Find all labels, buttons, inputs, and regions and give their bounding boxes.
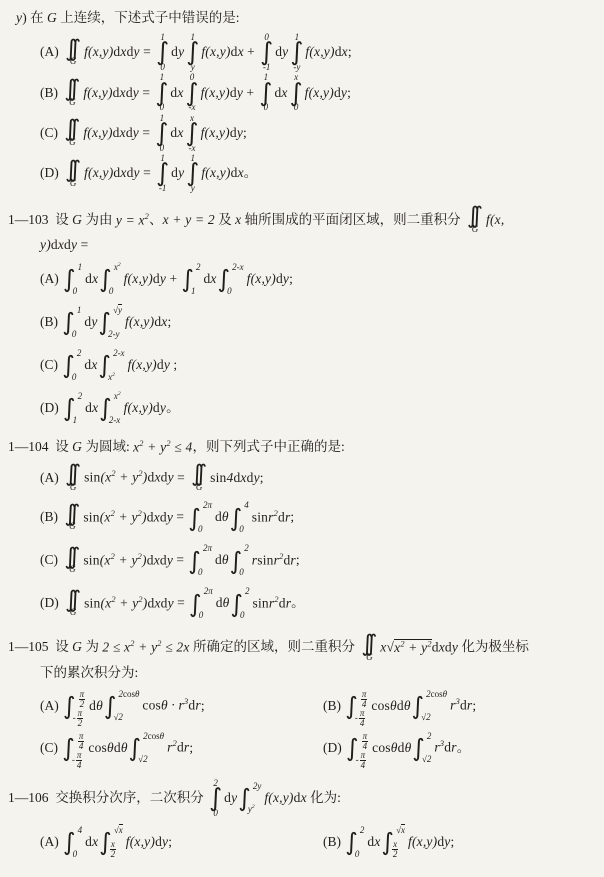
math-expression: G	[47, 10, 57, 27]
integral-sign: ∫20	[231, 586, 252, 621]
math-expression: f(x,y)dy	[126, 834, 168, 851]
q103-header-cont: y)dxdy =	[40, 237, 596, 254]
q104-option-a: (A) ∫∫Gsin(x2 + y2)dxdy = ∫∫Gsin4dxdy;	[40, 464, 596, 492]
integral-sign: 2∫0	[209, 779, 222, 818]
math-expression: f(x,y)dxdy	[84, 165, 140, 182]
text: ) 在	[22, 10, 47, 27]
sqrt-radical: √y	[113, 304, 122, 315]
text: ;	[296, 552, 300, 569]
math-expression: f(x,y)dy	[128, 357, 170, 374]
math-expression: f(x,y)dx	[264, 790, 306, 807]
text: 上连续，下述式子中错误的是:	[57, 10, 240, 27]
text: (B)	[40, 85, 61, 102]
text: (B)	[40, 509, 61, 526]
math-expression: x + y = 2	[163, 212, 215, 229]
q106-option-b: (B) ∫20dx∫√xx2f(x,y)dy;	[323, 825, 454, 860]
integral-sign: ∫π4-π4	[346, 731, 371, 766]
math-expression: f(x,y)dy	[201, 125, 243, 142]
text: =	[173, 509, 187, 526]
math-expression: G	[72, 212, 82, 229]
text: =	[174, 470, 188, 487]
text: (B)	[323, 698, 344, 715]
q103-option-c: (C) ∫20dx∫2-xx2f(x,y)dy ;	[40, 348, 596, 383]
fraction: x2	[392, 840, 398, 859]
text: (A)	[40, 834, 62, 851]
double-integral-sign: ∫∫G	[64, 504, 80, 532]
fraction: π2	[77, 709, 84, 728]
text: =	[173, 552, 187, 569]
scanned-exercise-page: y) 在 G 上连续，下述式子中错误的是:(A) ∫∫Gf(x,y)dxdy =…	[0, 0, 604, 877]
integral-sign: 0∫-x	[186, 73, 199, 112]
math-expression: dx	[274, 85, 287, 102]
fraction: π4	[78, 732, 85, 751]
integral-sign: ∫x20	[99, 262, 122, 297]
q105-option-a: (A) ∫π2-π2dθ∫2cosθ√2cosθ · r3dr;	[40, 689, 323, 724]
text: 为由	[82, 212, 116, 229]
math-expression: dx	[84, 357, 97, 374]
text: (C)	[40, 125, 61, 142]
integral-sign: ∫21	[63, 391, 84, 426]
math-expression: sin(x2 + y2)dxdy	[83, 552, 173, 569]
integral-sign: ∫π2-π2	[63, 689, 88, 724]
double-integral-sign: ∫∫G	[65, 39, 81, 67]
integral-sign: ∫√y2-y	[99, 305, 124, 340]
math-expression: y = x2	[116, 212, 149, 229]
text: ;	[289, 271, 293, 288]
integral-sign: ∫x22-x	[99, 391, 122, 426]
math-expression: f(x,	[486, 212, 504, 229]
integral-sign: 1∫0	[156, 33, 169, 72]
q105-option-d: (D) ∫π4-π4cosθdθ∫2√2r3dr。	[323, 731, 470, 766]
math-expression: f(x,y)dxdy	[83, 125, 139, 142]
integral-sign: ∫2√2	[412, 731, 433, 766]
q105-options-row-2: (C) ∫π4-π4cosθdθ∫2cosθ√2r2dr;(D) ∫π4-π4c…	[40, 731, 596, 766]
text: 1—103 设	[8, 212, 72, 229]
text: 所确定的区域，则二重积分	[190, 639, 359, 656]
math-expression: dy	[84, 314, 97, 331]
math-expression: f(x,y)dy	[408, 834, 450, 851]
text: 、	[149, 212, 163, 229]
text: 。	[457, 740, 471, 757]
sqrt-radical: √x	[114, 824, 123, 835]
text: (A)	[40, 271, 62, 288]
integral-sign: ∫2cosθ√2	[104, 689, 141, 724]
fraction: π4	[76, 751, 83, 770]
text: =	[140, 165, 154, 182]
double-integral-sign: ∫∫G	[467, 206, 483, 234]
integral-sign: ∫√xx2	[99, 825, 124, 860]
double-integral-sign: ∫∫G	[64, 547, 80, 575]
q104-option-b: (B) ∫∫Gsin(x2 + y2)dxdy = ∫2π0dθ∫40sinr2…	[40, 500, 596, 535]
math-expression: G	[72, 439, 82, 456]
fraction: π2	[79, 690, 86, 709]
integral-sign: ∫π4-π4	[62, 731, 87, 766]
text: ，则下列式子中正确的是:	[192, 439, 344, 456]
math-expression: f(x,y)dx	[125, 314, 167, 331]
text: (D)	[40, 595, 62, 612]
math-expression: sin4dxdy	[210, 470, 260, 487]
math-expression: sinr2dr	[253, 595, 292, 612]
text: ;	[168, 834, 172, 851]
math-expression: dx	[85, 271, 98, 288]
math-expression: f(x,y)dxdy	[84, 44, 140, 61]
integral-sign: x∫-x	[186, 114, 199, 153]
double-integral-sign: ∫∫G	[65, 464, 81, 492]
q105-option-b: (B) ∫π4-π4cosθdθ∫2cosθ√2r3dr;	[323, 689, 476, 724]
intro-line: y) 在 G 上连续，下述式子中错误的是:	[16, 10, 596, 27]
text: ;	[167, 314, 171, 331]
math-expression: f(x,y)dy	[305, 85, 347, 102]
text: ;	[260, 470, 264, 487]
text: (B)	[323, 834, 344, 851]
math-expression: dx	[367, 834, 380, 851]
q104-option-d: (D) ∫∫Gsin(x2 + y2)dxdy = ∫2π0dθ∫20sinr2…	[40, 586, 596, 621]
text: =	[77, 237, 88, 254]
math-expression: r2dr	[167, 739, 189, 756]
math-expression: x√x2 + y2dxdy	[380, 639, 458, 656]
sqrt-radical: √x	[396, 824, 405, 835]
q-top-option-c: (C) ∫∫Gf(x,y)dxdy = 1∫0dxx∫-xf(x,y)dy;	[40, 114, 596, 153]
q106-option-a: (A) ∫40dx∫√xx2f(x,y)dy;	[40, 825, 323, 860]
integral-sign: ∫20	[345, 825, 366, 860]
integral-sign: 1∫-1	[156, 154, 169, 193]
double-integral-sign: ∫∫G	[64, 119, 80, 147]
text: =	[139, 125, 153, 142]
math-expression: dθ	[216, 595, 230, 612]
double-integral-sign: ∫∫G	[191, 464, 207, 492]
text: (C)	[40, 740, 61, 757]
integral-sign: x∫0	[290, 73, 303, 112]
q105-option-c: (C) ∫π4-π4cosθdθ∫2cosθ√2r2dr;	[40, 731, 323, 766]
double-integral-sign: ∫∫G	[361, 634, 377, 662]
math-expression: rsinr2dr	[252, 552, 296, 569]
integral-sign: 1∫y	[186, 154, 199, 193]
integral-sign: ∫2π0	[188, 543, 214, 578]
math-expression: 2 ≤ x2 + y2 ≤ 2x	[102, 639, 189, 656]
math-expression: sinr2dr	[252, 509, 291, 526]
q105-header: 1—105 设 G 为 2 ≤ x2 + y2 ≤ 2x 所确定的区域，则二重积…	[8, 634, 596, 662]
integral-sign: 1∫-y	[290, 33, 303, 72]
integral-sign: ∫10	[62, 305, 83, 340]
text: (A)	[40, 44, 62, 61]
text: (A)	[40, 470, 62, 487]
math-expression: cosθdθ	[88, 740, 127, 757]
double-integral-sign: ∫∫G	[65, 590, 81, 618]
math-expression: f(x,y)dxdy	[83, 85, 139, 102]
text: (B)	[40, 314, 61, 331]
text: 1—105 设	[8, 639, 72, 656]
math-expression: f(x,y)dx	[201, 44, 243, 61]
integral-sign: ∫2cosθ√2	[412, 689, 449, 724]
text: +	[166, 271, 180, 288]
fraction: π4	[361, 690, 368, 709]
math-expression: dy	[171, 165, 184, 182]
text: ;	[243, 125, 247, 142]
text: +	[243, 85, 257, 102]
text: 轴所围成的平面闭区域，则二重积分	[241, 212, 464, 229]
integral-sign: ∫2π0	[189, 586, 215, 621]
fraction: π4	[359, 709, 366, 728]
math-expression: dy	[275, 44, 288, 61]
math-expression: dx	[85, 400, 98, 417]
integral-sign: ∫π4-π4	[345, 689, 370, 724]
q103-option-d: (D) ∫21dx∫x22-xf(x,y)dy。	[40, 391, 596, 426]
text: (C)	[40, 552, 61, 569]
q105-header-cont: 下的累次积分为:	[40, 665, 596, 682]
math-expression: f(x,y)dy	[124, 271, 166, 288]
integral-sign: ∫40	[230, 500, 251, 535]
text: 化为极坐标	[458, 639, 529, 656]
math-expression: cosθdθ	[372, 740, 411, 757]
math-expression: G	[72, 639, 82, 656]
integral-sign: ∫2-xx2	[99, 348, 127, 383]
integral-sign: ∫2yy2	[238, 781, 263, 816]
text: ;	[189, 740, 193, 757]
double-integral-sign: ∫∫G	[65, 160, 81, 188]
text: (C)	[40, 357, 61, 374]
math-expression: dx	[85, 834, 98, 851]
fraction: π4	[362, 732, 369, 751]
math-expression: dx	[170, 85, 183, 102]
text: =	[174, 595, 188, 612]
math-expression: dθ	[215, 552, 229, 569]
text: 1—104 设	[8, 439, 72, 456]
math-expression: sin(x2 + y2)dxdy	[83, 509, 173, 526]
q103-option-a: (A) ∫10dx∫x20f(x,y)dy + ∫21dx∫2-x0f(x,y)…	[40, 262, 596, 297]
text: 下的累次积分为:	[40, 665, 138, 682]
double-integral-sign: ∫∫G	[64, 79, 80, 107]
text: +	[244, 44, 258, 61]
math-expression: dθ	[215, 509, 229, 526]
text: =	[139, 85, 153, 102]
math-expression: dx	[170, 125, 183, 142]
text: 及	[215, 212, 235, 229]
text: ;	[201, 698, 205, 715]
text: 化为:	[307, 790, 341, 807]
integral-sign: 1∫0	[155, 73, 168, 112]
text: 为	[82, 639, 102, 656]
math-expression: f(x,y)dx	[201, 165, 243, 182]
fraction: π4	[360, 751, 367, 770]
q105-options-row-1: (A) ∫π2-π2dθ∫2cosθ√2cosθ · r3dr;(B) ∫π4-…	[40, 689, 596, 724]
text: (D)	[40, 165, 62, 182]
text: 。	[166, 400, 180, 417]
integral-sign: ∫10	[63, 262, 84, 297]
math-expression: r3dr	[434, 739, 456, 756]
q-top-option-b: (B) ∫∫Gf(x,y)dxdy = 1∫0dx0∫-xf(x,y)dy + …	[40, 73, 596, 112]
text: ;	[170, 357, 177, 374]
text: 。	[291, 595, 305, 612]
math-expression: dy	[171, 44, 184, 61]
math-expression: r3dr	[450, 697, 472, 714]
q106-header: 1—106 交换积分次序，二次积分 2∫0dy∫2yy2f(x,y)dx 化为:	[8, 779, 596, 818]
text: 。	[244, 165, 258, 182]
integral-sign: 1∫0	[259, 73, 272, 112]
q103-header: 1—103 设 G 为由 y = x2、x + y = 2 及 x 轴所围成的平…	[8, 206, 596, 234]
math-expression: dx	[203, 271, 216, 288]
integral-sign: ∫2-x0	[218, 262, 246, 297]
math-expression: cosθdθ	[371, 698, 410, 715]
sqrt-radical: √x2 + y2	[387, 639, 432, 655]
integral-sign: ∫√xx2	[382, 825, 407, 860]
math-expression: dθ	[89, 698, 103, 715]
integral-sign: ∫2π0	[188, 500, 214, 535]
text: ;	[290, 509, 294, 526]
text: ;	[348, 44, 352, 61]
integral-sign: 0∫-1	[260, 33, 273, 72]
math-expression: x2 + y2 ≤ 4	[133, 439, 192, 456]
text: 1—106 交换积分次序，二次积分	[8, 790, 207, 807]
math-expression: sin(x2 + y2)dxdy	[84, 469, 174, 486]
q-top-option-a: (A) ∫∫Gf(x,y)dxdy = 1∫0dy1∫yf(x,y)dx + 0…	[40, 33, 596, 72]
text: =	[140, 44, 154, 61]
integral-sign: ∫20	[62, 348, 83, 383]
math-expression: f(x,y)dy	[201, 85, 243, 102]
math-expression: y)dxdy	[40, 237, 77, 254]
text: (A)	[40, 698, 62, 715]
integral-sign: ∫21	[181, 262, 202, 297]
text: 为圆域:	[82, 439, 133, 456]
q-top-option-d: (D) ∫∫Gf(x,y)dxdy = 1∫-1dy1∫yf(x,y)dx。	[40, 154, 596, 193]
integral-sign: ∫40	[63, 825, 84, 860]
math-expression: sin(x2 + y2)dxdy	[84, 595, 174, 612]
text: ;	[450, 834, 454, 851]
text: ;	[472, 698, 476, 715]
text: ;	[347, 85, 351, 102]
integral-sign: ∫20	[230, 543, 251, 578]
q106-options-row-1: (A) ∫40dx∫√xx2f(x,y)dy;(B) ∫20dx∫√xx2f(x…	[40, 825, 596, 860]
integral-sign: ∫2cosθ√2	[129, 731, 166, 766]
q104-header: 1—104 设 G 为圆域: x2 + y2 ≤ 4，则下列式子中正确的是:	[8, 439, 596, 456]
math-expression: dy	[224, 790, 237, 807]
integral-sign: 1∫0	[155, 114, 168, 153]
integral-sign: 1∫y	[186, 33, 199, 72]
text: (D)	[323, 740, 345, 757]
fraction: x2	[110, 840, 116, 859]
text: (D)	[40, 400, 62, 417]
q103-option-b: (B) ∫10dy∫√y2-yf(x,y)dx;	[40, 305, 596, 340]
math-expression: cosθ · r3dr	[142, 697, 200, 714]
math-expression: f(x,y)dy	[124, 400, 166, 417]
math-expression: f(x,y)dy	[247, 271, 289, 288]
q104-option-c: (C) ∫∫Gsin(x2 + y2)dxdy = ∫2π0dθ∫20rsinr…	[40, 543, 596, 578]
math-expression: f(x,y)dx	[305, 44, 347, 61]
